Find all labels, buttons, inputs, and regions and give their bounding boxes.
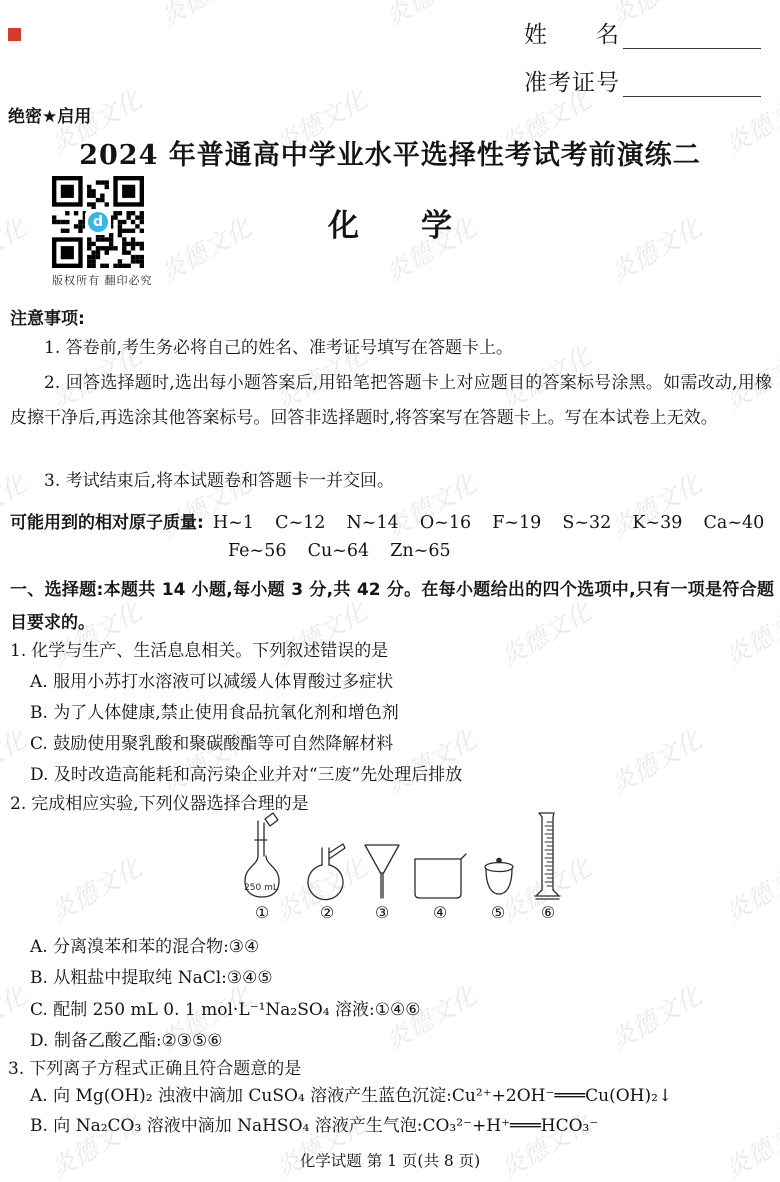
mass-item: C~12 [275,513,325,533]
watermark-text: 炎德文化 [378,0,483,34]
apparatus-label-5: ⑤ [486,903,510,922]
secrecy-label: 绝密★启用 [8,102,91,127]
question-stem-text: 化学与生产、生活息息相关。下列叙述错误的是 [31,641,388,661]
qr-caption: 版权所有 翻印必究 [52,272,164,288]
apparatus-label-2: ② [315,903,339,922]
page-footer: 化学试题 第 1 页(共 8 页) [0,1149,780,1171]
notice-heading: 注意事项: [10,304,85,329]
mass-item: F~19 [492,513,541,533]
question-2-option-b: B. 从粗盐中提取纯 NaCl:③④⑤ [30,963,273,988]
exam-number-label: 准考证号 [524,70,620,96]
red-corner-mark [8,28,21,41]
question-number: 1. [10,641,26,661]
question-3-option-b: B. 向 Na₂CO₃ 溶液中滴加 NaHSO₄ 溶液产生气泡:CO₃²⁻+H⁺… [30,1111,598,1136]
atomic-masses-line-2: Fe~56 Cu~64 Zn~65 [228,541,467,561]
mass-item: K~39 [632,513,682,533]
question-1-option-d: D. 及时改造高能耗和高污染企业并对“三废”先处理后排放 [30,760,462,785]
mass-item: Cu~64 [308,541,370,561]
name-underline [623,23,761,49]
question-2-option-c: C. 配制 250 mL 0. 1 mol·L⁻¹Na₂SO₄ 溶液:①④⑥ [30,995,420,1020]
volumetric-flask-icon: 250 mL [238,810,286,902]
question-1-stem: 1.化学与生产、生活息息相关。下列叙述错误的是 [10,636,388,661]
mass-item: H~1 [213,513,254,533]
watermark-text: 炎德文化 [603,976,708,1057]
question-1-option-b: B. 为了人体健康,禁止使用食品抗氧化剂和增色剂 [30,698,399,723]
apparatus-label-6: ⑥ [536,903,560,922]
crucible-icon [481,856,517,902]
question-1-option-a: A. 服用小苏打水溶液可以减缓人体胃酸过多症状 [30,667,393,692]
subject-title: 化 学 [0,200,780,245]
watermark-text: 炎德文化 [0,976,32,1057]
section-one-header: 一、选择题:本题共 14 小题,每小题 3 分,共 42 分。在每小题给出的四个… [10,574,774,640]
flask-volume-label: 250 mL [244,883,278,893]
name-label: 姓 名 [524,22,620,48]
watermark-text: 炎德文化 [153,0,258,34]
notice-item-2: 2. 回答选择题时,选出每小题答案后,用铅笔把答题卡上对应题目的答案标号涂黑。如… [10,366,772,436]
mass-item: Ca~40 [704,513,765,533]
question-stem-text: 下列离子方程式正确且符合题意的是 [29,1059,301,1079]
apparatus-label-1: ① [250,903,274,922]
mass-item: O~16 [420,513,471,533]
mass-item: Fe~56 [228,541,286,561]
graduated-cylinder-icon [533,810,563,902]
question-3-stem: 3.下列离子方程式正确且符合题意的是 [8,1054,301,1079]
name-field: 姓 名 [524,16,761,49]
beaker-icon [412,850,468,902]
exam-paper-page: 炎德文化炎德文化炎德文化炎德文化炎德文化炎德文化炎德文化炎德文化炎德文化炎德文化… [0,0,780,1182]
exam-number-underline [623,71,761,97]
mass-item: N~14 [346,513,398,533]
atomic-masses-label: 可能用到的相对原子质量: [10,513,204,533]
apparatus-figure: 250 mL [0,808,780,928]
exam-number-field: 准考证号 [524,64,761,97]
apparatus-label-3: ③ [370,903,394,922]
paper-title: 2024 年普通高中学业水平选择性考试考前演练二 [0,133,780,172]
notice-item-1: 1. 答卷前,考生务必将自己的姓名、准考证号填写在答题卡上。 [10,331,772,366]
question-2-option-d: D. 制备乙酸乙酯:②③⑤⑥ [30,1026,223,1051]
apparatus-label-4: ④ [428,903,452,922]
question-1-option-c: C. 鼓励使用聚乳酸和聚碳酸酯等可自然降解材料 [30,729,393,754]
mass-item: S~32 [562,513,611,533]
watermark-text: 炎德文化 [603,720,708,801]
notice-item-3: 3. 考试结束后,将本试题卷和答题卡一并交回。 [10,464,772,499]
funnel-icon [362,840,402,902]
question-2-option-a: A. 分离溴苯和苯的混合物:③④ [30,932,259,957]
question-3-option-a: A. 向 Mg(OH)₂ 浊液中滴加 CuSO₄ 溶液产生蓝色沉淀:Cu²⁺+2… [30,1081,672,1106]
atomic-masses-line-1: 可能用到的相对原子质量: H~1 C~12 N~14 O~16 F~19 S~3… [10,508,780,533]
question-number: 3. [8,1059,24,1079]
mass-item: Zn~65 [390,541,450,561]
round-bottom-flask-icon [301,836,353,902]
